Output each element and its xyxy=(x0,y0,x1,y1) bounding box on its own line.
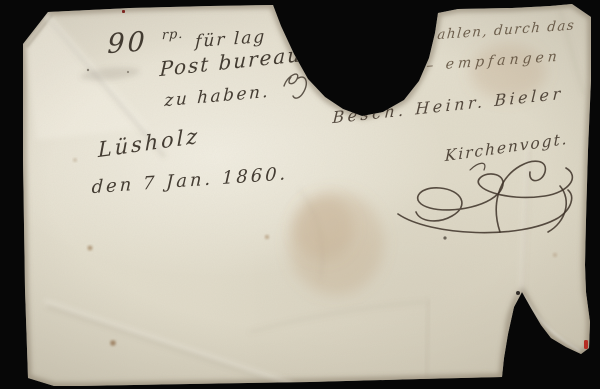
manuscript-paper: 90rp.für lag Post bureau zu haben. Lüsho… xyxy=(0,0,600,389)
scan-background: 90rp.für lag Post bureau zu haben. Lüsho… xyxy=(0,0,600,389)
amount-value: 90 xyxy=(107,26,148,60)
amount-unit: rp. xyxy=(162,27,184,44)
